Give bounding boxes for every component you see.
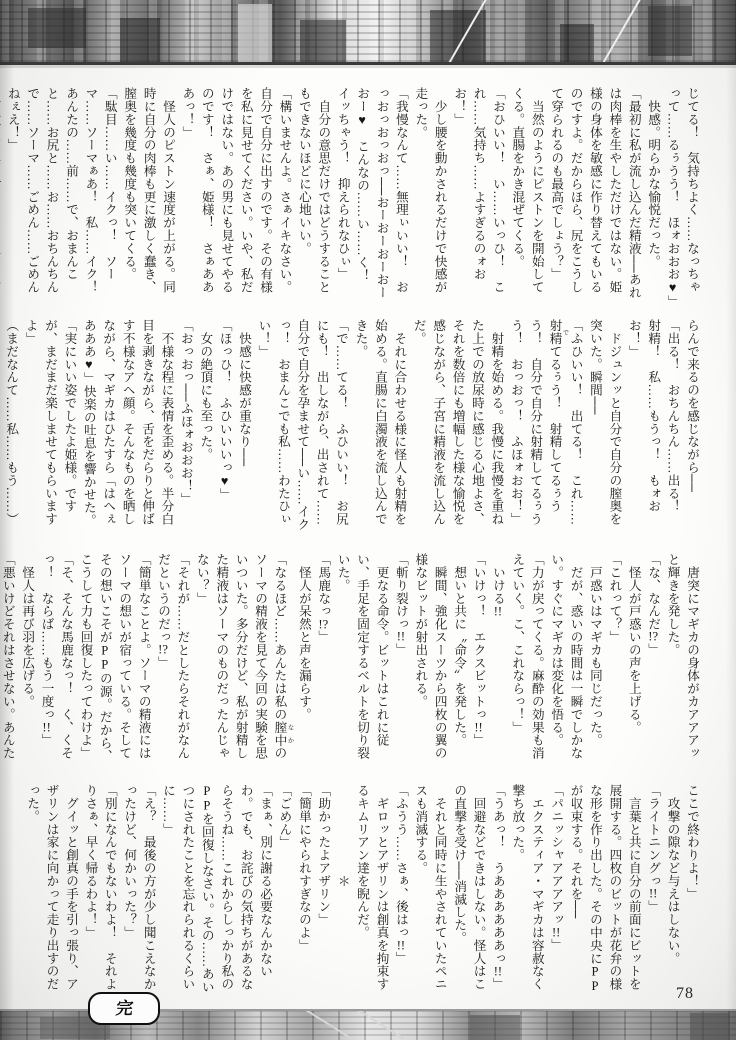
novel-page: じてる！ 気持ちよく……なっちゃって……るぅうう！ ほォおおお♥」 快感。明らか… [0,0,736,1040]
paragraph: 想いと共に〝命令〞を発した。 [449,553,468,771]
paragraph: 「それが……だとしたらそれがなんだというのだっ!?」 [153,553,192,771]
paragraph: 「簡単なことよ。ソーマの精液にはソーマの想いが宿っている。そしてその想いこそがP… [75,553,153,771]
glitch-block [300,20,346,62]
paragraph: （まだなんて……私……もう……） [1,319,20,537]
paragraph: 不様な程に表情を歪める。半分白目を剥きながら、舌をだらりと伸ばす不様なアヘ顔。そ… [78,319,175,537]
paragraph: 「ごめん」 [274,784,293,1002]
page-number: 78 [676,985,694,1003]
paragraph: 「ふひいい！ 出てる！ これ……射精でてるぅう！ 射精してるぅうう！ 自分で自分… [505,319,584,537]
paragraph: 「いけっ！ エクスビットっ!!」 [468,553,487,771]
paragraph: 「なるほど……あんたは私の膣中なかのソーマの精液を見て今回の実験を思いついた。多… [191,553,293,771]
paragraph: グイッと創真の手を引っ張り、アザリンは家に向かって走り出すのだった。 [22,784,80,1002]
paragraph: 「出る！ おちんちん……出る！ 射精！ 私……もうっ！ もォおお！」 [623,319,681,537]
glitch-block [238,4,272,62]
paragraph: 「ふうう……さぁ、後はっ!!」 [391,784,410,1002]
paragraph: 何故か創真に対する申し訳なさが膨 [0,87,2,305]
paragraph: 「簡単にやられすぎなのよ」 [293,784,312,1002]
paragraph: 言葉と共に自分の前面にビットを展開する。四枚のビットが花弁の様な形を作り出した。… [565,784,643,1002]
paragraph: 「な、なんだ!?」 [643,553,662,771]
paragraph: 怪人は再び羽を広げる。 [17,553,36,771]
paragraph: だが、惑いの時間は一瞬でしかない。すぐにマギカは変化を悟る。 [546,553,585,771]
paragraph: ギロッとアザリンは創真を拘束するキムリアン達を睨んだ。 [352,784,391,1002]
paragraph: 当然のようにピストンを開始してくる。直腸をかき混ぜてくる。 [507,87,546,305]
paragraph: 「実にいい姿でしたよ姫様。ですが、まだまだ楽しませてもらいますよ」 [20,319,78,537]
glitch-block [120,18,160,62]
end-stamp-label: 完 [114,1000,133,1017]
paragraph: 少し腰を動かされるだけで快感が走った。 [410,87,449,305]
diagonal-line [352,1009,404,1040]
glitch-block [28,8,86,48]
paragraph: 怪人が呆然と声を漏らす。 [293,553,312,771]
paragraph: 「駄目……い……イクっ！ ソーマ……ソーマぁあ！ 私……イク！ あんたの……前…… [2,87,118,305]
paragraph: 快感に快感が重なり── [234,319,253,537]
paragraph: ここで終わりよ！」 [682,784,701,1002]
paragraph: 唐突にマギカの身体がカアアアッと輝きを発した。 [662,553,701,771]
paragraph: 「別になんでもないわよ！ それよりさぁ、早く帰るわよ！」 [80,784,119,1002]
paragraph: 「パニッシャアアアアッ!!」 [546,784,565,1002]
paragraph: 「そ、そんな馬鹿なっ！ く、くそっ！ ならば……もう一度っ!!」 [36,553,75,771]
glitch-block [430,10,486,62]
paragraph: 射精を始める。我慢に我慢を重ねた上での放尿時に感じる心地よさ、それを数倍にも増幅… [408,319,505,537]
paragraph: それに合わせる様に怪人も射精を始める。直腸に白濁液を流し込んできた。 [350,319,408,537]
paragraph: 怪人が戸惑いの声を上げる。 [623,553,642,771]
paragraph: 「構いませんよ。さぁイキなさい。自分で自分に出すのです。その有様を私に見せてくだ… [177,87,293,305]
paragraph: 「助かったよアザリン」 [313,784,332,1002]
paragraph: 「まぁ、別に謝る必要なんかないわ。でも、お詫びの気持ちがあるならそうね……これか… [158,784,274,1002]
paragraph: ドジュンッと自分で自分の膣奥を突いた。瞬間── [585,319,624,537]
paragraph: 攻撃の隙など与えはしない。 [662,784,681,1002]
paragraph: 「力が戻ってくる。麻酔の効果も消えていく。こ、これならっ！」 [507,553,546,771]
paragraph: 「最初に私が流し込んだ精液──あれは肉棒を生やしただけではない。姫様の身体を敏感… [546,87,643,305]
paragraph: いける!! [488,553,507,771]
text-band-1: じてる！ 気持ちよく……なっちゃって……るぅうう！ ほォおおお♥」 快感。明らか… [81,87,701,305]
paragraph: 「ほっひ！ ふひいいいっ♥」 [214,319,233,537]
paragraph: 「ライトニングっ!!」 [643,784,662,1002]
paragraph: エクスティア・マギカは容赦なく撃ち放った。 [507,784,546,1002]
diagonal-line [587,0,644,65]
paragraph: 「おひいい！ い……いっひ！ これ……気持ち……よすぎるのォおお！」 [449,87,507,305]
diagonal-line [300,1009,352,1040]
paragraph: 「馬鹿なっ!?」 [313,553,332,771]
paragraph: それと同時に生やされていたペニスも消滅する。 [410,784,449,1002]
paragraph: 更なる命令。ビットはこれに従い、手足を固定するベルトを切り裂いた。 [332,553,390,771]
text-band-4: ここで終わりよ！」 攻撃の隙など与えはしない。「ライトニングっ!!」 言葉と共に… [81,784,701,1002]
glitch-block [690,1013,730,1040]
paragraph: 瞬間、強化スーツから四枚の翼の様なビットが射出される。 [410,553,449,771]
glitch-block [648,6,692,56]
paragraph: 「我慢なんて……無理ぃいい！ おっおっおっおっ──おーおーおーおーおー♥ こんな… [332,87,410,305]
paragraph: 戸惑いはマギカも同じだった。 [585,553,604,771]
text-band-3: 唐突にマギカの身体がカアアアッと輝きを発した。「な、なんだ!?」 怪人が戸惑いの… [81,553,701,771]
glitch-banner-top [0,0,736,65]
paragraph: 「うあっ！ うああああああっ!!」 [488,784,507,1002]
paragraph: 「え？ 最後の方が少し聞こえなかったけど、何かいった？」 [119,784,158,1002]
paragraph: 「で……てる！ ふひいい！ お尻にも！ 出しながら、出されて……自分で自分を孕ま… [253,319,350,537]
paragraph: 「斬り裂けっ!!」 [391,553,410,771]
paragraph: 「おっおっ──ふほォおおお！」 [175,319,194,537]
paragraph: ＊ [332,784,351,1002]
paragraph: 「これって？」 [604,553,623,771]
paragraph: 回避などできはしない。怪人はこの直撃を受け──消滅した。 [449,784,488,1002]
paragraph: 快感。明らかな愉悦だった。 [643,87,662,305]
paragraph: 「悪いけどそれはさせない。あんたは [0,553,17,771]
paragraph: じてる！ 気持ちよく……なっちゃって……るぅうう！ ほォおおお♥」 [662,87,701,305]
text-band-2: らんで来るのを感じながら──「出る！ おちんちん……出る！ 射精！ 私……もうっ… [81,319,701,537]
paragraph: 自分の意思だけではどうすることもできないほどに心地いい。 [293,87,332,305]
end-stamp: 完 [88,992,160,1025]
paragraph: 怪人のピストン速度が上がる。同時に自分の肉棒も更に激しく蠢き、膣奥を幾度も幾度も… [119,87,177,305]
glitch-block [560,24,594,62]
paragraph: 女の絶頂にも至った。 [195,319,214,537]
glitch-block [470,1015,520,1040]
paragraph: らんで来るのを感じながら── [682,319,701,537]
